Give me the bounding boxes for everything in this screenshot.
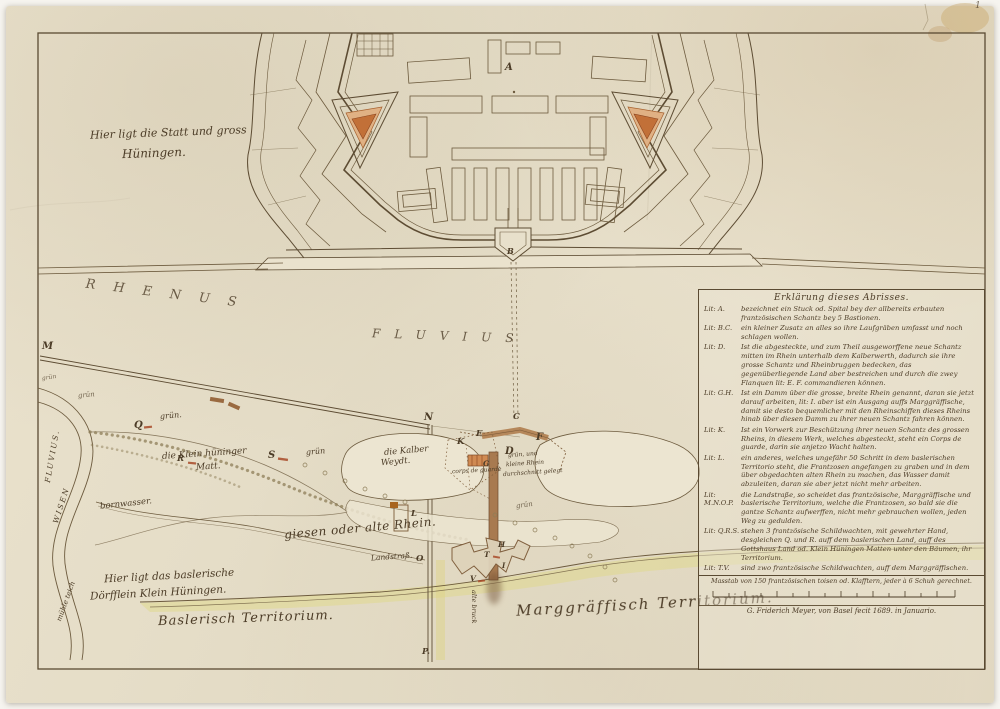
paper-stains (10, 3, 989, 220)
label-alte-bruck: alte bruck (470, 590, 477, 624)
letter-i: I (502, 562, 505, 570)
legend-entry: Lit: D. Ist die abgesteckte, und zum The… (704, 343, 979, 387)
legend-lit: Lit: M.N.O.P. (704, 491, 741, 526)
legend-entry: Lit: M.N.O.P. die Landstraße, so scheide… (704, 491, 979, 526)
label-gruen-2: grün (78, 391, 95, 400)
note-huningen-line2: Hüningen. (122, 146, 186, 161)
legend-lit: Lit: G.H. (704, 389, 741, 424)
letter-h: H (498, 541, 505, 549)
legend-title: Erklärung dieses Abrisses. (704, 293, 979, 303)
letter-t: T (484, 551, 490, 559)
folio-number: 1 (975, 2, 981, 12)
legend-entry: Lit: T.V. sind zwo frantzösische Schildw… (704, 564, 979, 573)
wiese-river (38, 388, 93, 660)
legend-entry: Lit: B.C. ein kleiner Zusatz an alles so… (704, 324, 979, 342)
letter-o: O (416, 555, 423, 564)
legend-signature: G. Friderich Meyer, von Basel fecit 1689… (699, 605, 984, 616)
label-gruen-4: grün (306, 447, 326, 457)
legend-lit: Lit: B.C. (704, 324, 741, 342)
letter-n: N (424, 412, 433, 423)
letter-b: B (507, 247, 514, 256)
scale-bar (705, 589, 967, 600)
legend-box: Erklärung dieses Abrisses. Lit: A. bezei… (698, 289, 985, 670)
legend-lit: Lit: D. (704, 343, 741, 387)
legend-text: die Landstraße, so scheidet das frantzös… (741, 491, 979, 526)
legend-text: Ist die abgesteckte, und zum Theil ausge… (741, 343, 979, 387)
legend-entry: Lit: G.H. Ist ein Damm über die grosse, … (704, 389, 979, 424)
manuscript-map: Hier ligt die Statt und gross Hüningen. … (0, 0, 1000, 709)
letter-d: D (505, 446, 514, 457)
letter-a: A (505, 62, 513, 73)
legend-lit: Lit: T.V. (704, 564, 741, 573)
legend-entry: Lit: Q.R.S. stehen 3 frantzösische Schil… (704, 527, 979, 562)
label-gruen-3: grün. (160, 411, 182, 422)
letter-s: S (268, 450, 275, 461)
legend-text: sind zwo frantzösische Schildwachten, au… (741, 564, 979, 573)
letter-m: M (42, 341, 53, 352)
letter-q: Q (134, 420, 143, 431)
legend-lit: Lit: K. (704, 426, 741, 452)
legend-text: ein kleiner Zusatz an alles so ihre Lauf… (741, 324, 979, 342)
legend-lit: Lit: A. (704, 305, 741, 323)
legend-entry: Lit: K. Ist ein Vorwerk zur Beschützung … (704, 426, 979, 452)
letter-p: P. (422, 648, 430, 657)
legend-entry: Lit: A. bezeichnet ein Stuck od. Spital … (704, 305, 979, 323)
town-blocks (357, 34, 647, 223)
legend-lit: Lit: Q.R.S. (704, 527, 741, 562)
label-klein-matt-2: Matt. (196, 462, 221, 474)
legend-scale-section: Masstab von 150 frantzösischen toisen od… (699, 575, 984, 616)
letter-c: C (513, 413, 520, 422)
scale-label: Masstab von 150 frantzösischen toisen od… (705, 577, 978, 585)
road-m-n (40, 356, 430, 429)
letter-r: R (177, 455, 184, 464)
letter-l: L (411, 510, 417, 519)
legend-text: stehen 3 frantzösische Schildwachten, mi… (741, 527, 979, 562)
legend-text: Ist ein Vorwerk zur Beschützung ihrer ne… (741, 426, 979, 452)
legend-text: ein anderes, welches ungefähr 50 Schritt… (741, 454, 979, 489)
legend-text: Ist ein Damm über die grosse, breite Rhe… (741, 389, 979, 424)
letter-k: K (457, 438, 464, 447)
legend-text: bezeichnet ein Stuck od. Spital bey der … (741, 305, 979, 323)
letter-v: V (470, 575, 476, 583)
legend-lit: Lit: L. (704, 454, 741, 489)
letter-e: E (476, 430, 482, 439)
letter-g: G (483, 460, 489, 468)
letter-f: F (536, 432, 543, 443)
legend-entry: Lit: L. ein anderes, welches ungefähr 50… (704, 454, 979, 489)
